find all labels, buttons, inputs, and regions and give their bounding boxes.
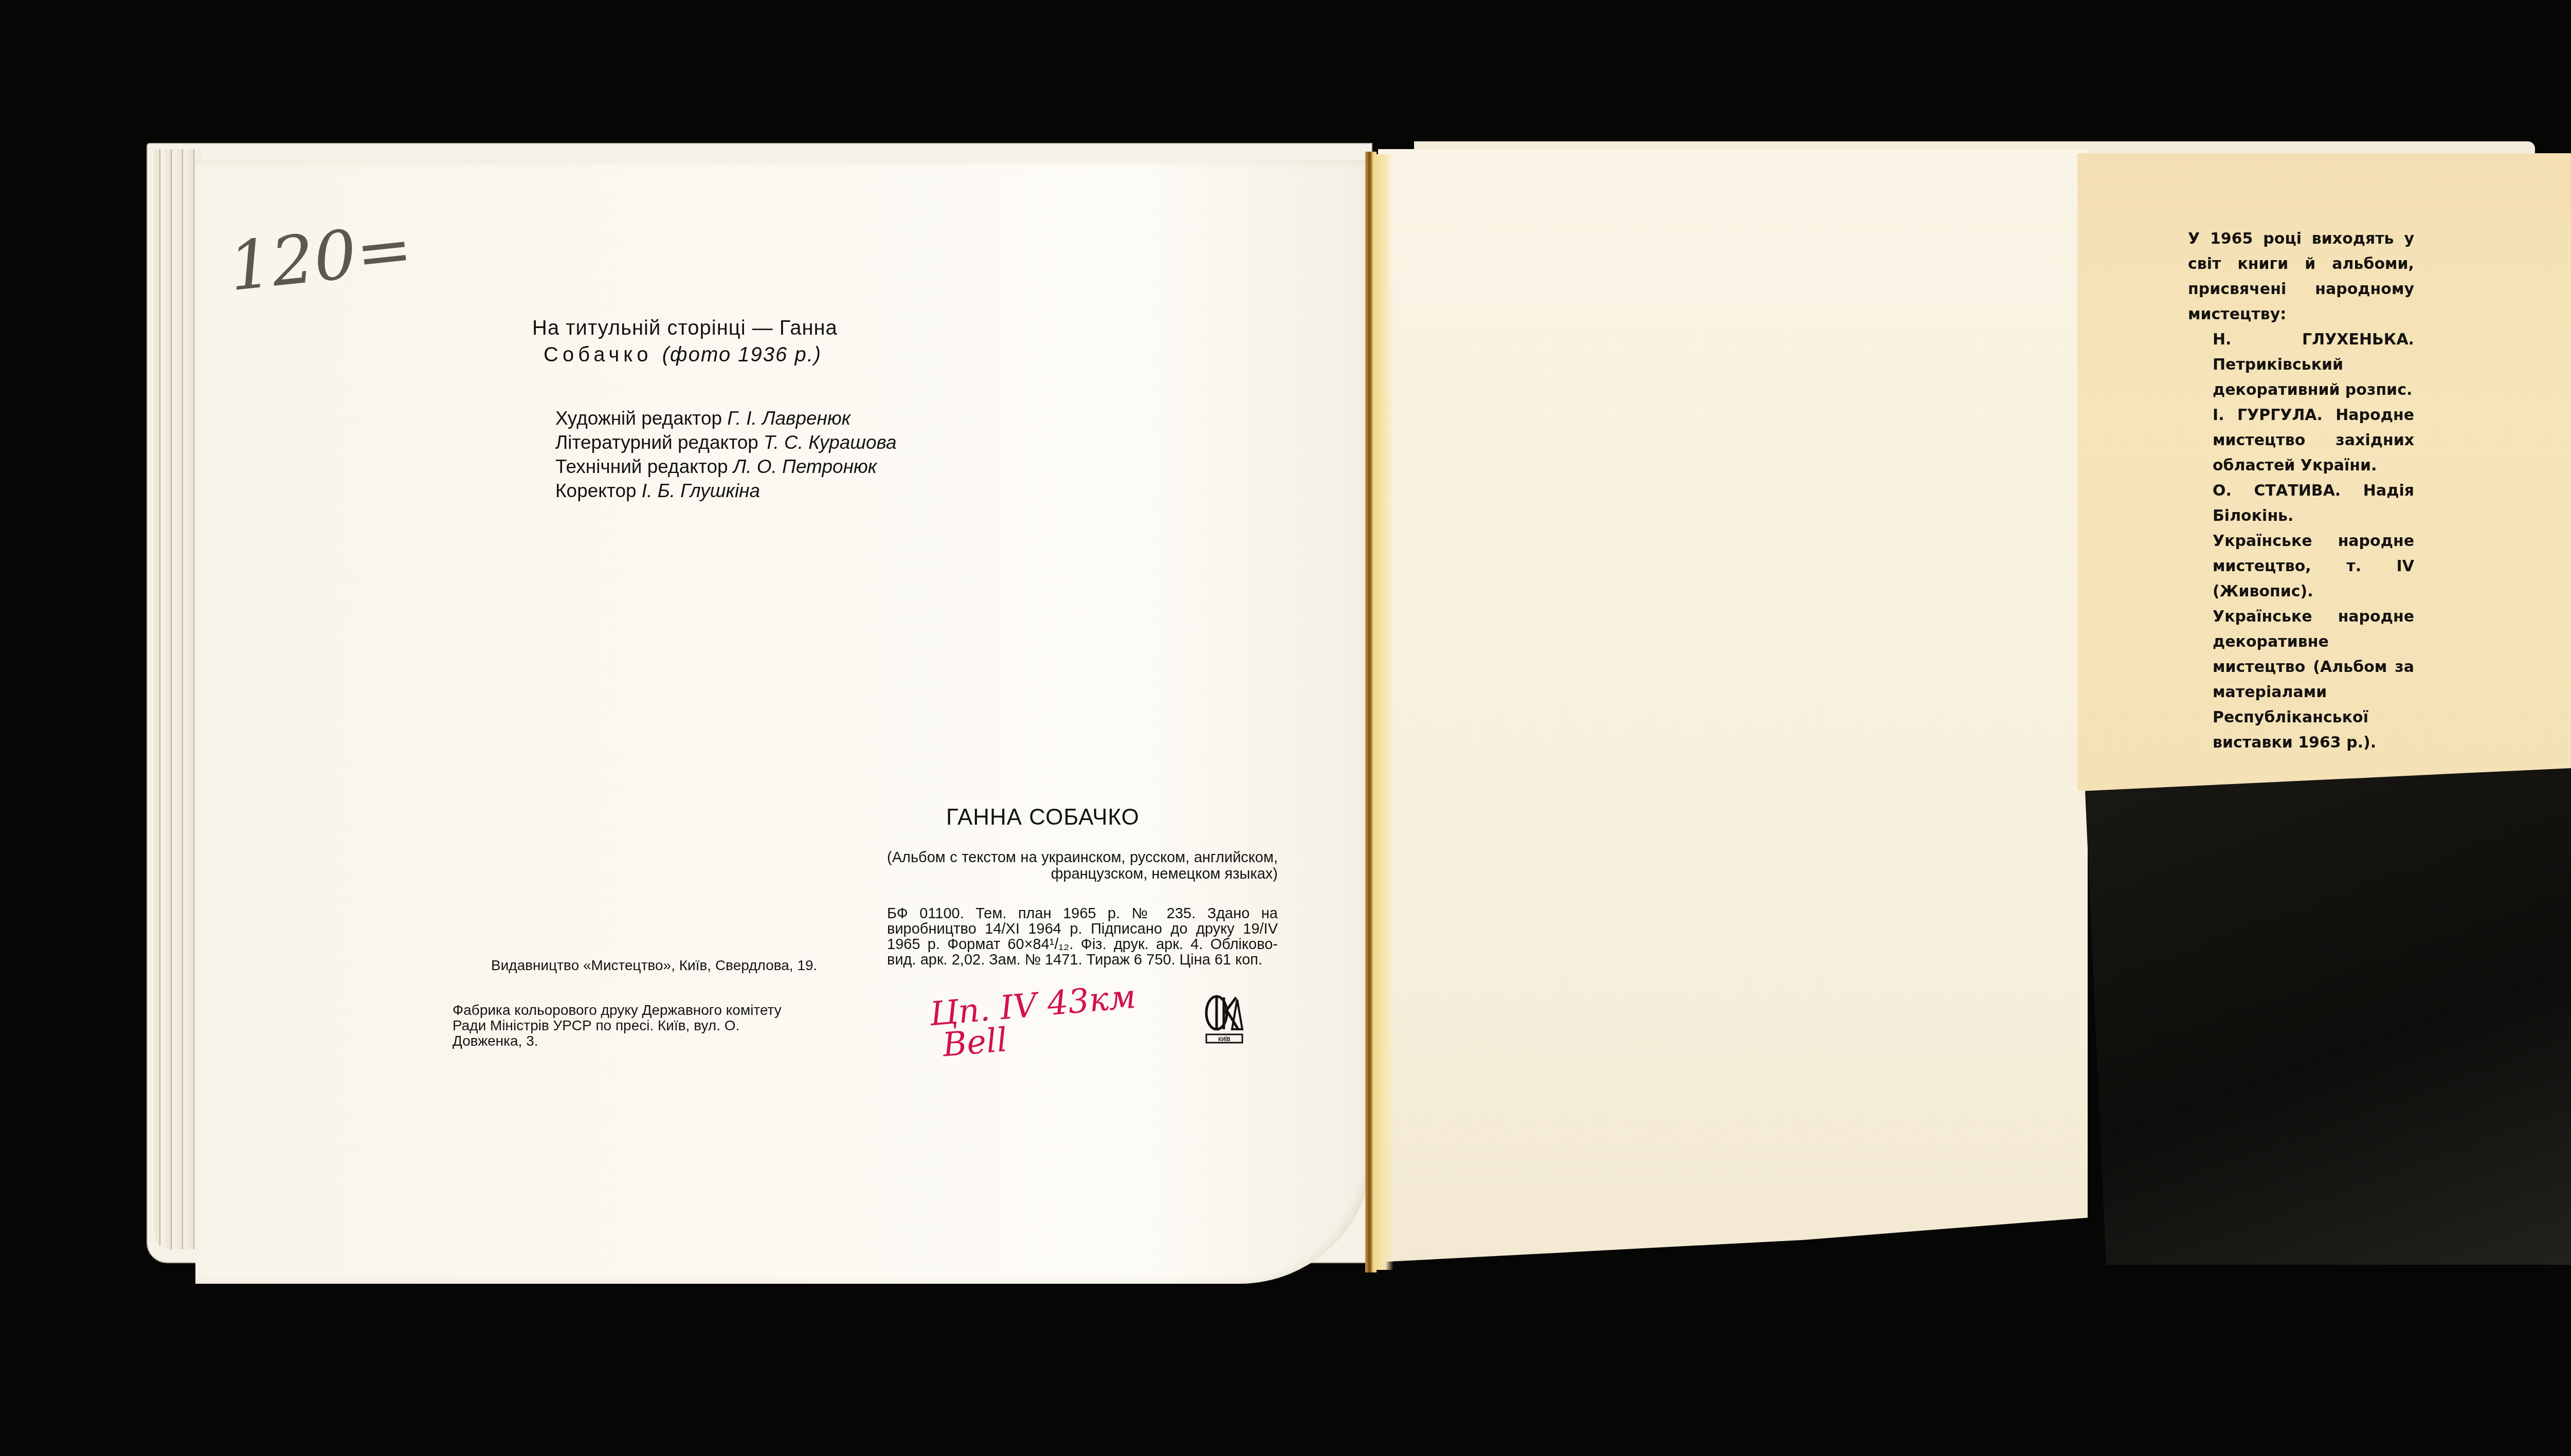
announcement-entry: Українське народне декоративне мистецтво… <box>2188 604 2414 755</box>
credit-role: Технічний редактор <box>555 456 728 477</box>
flap-black-section <box>2085 766 2571 1265</box>
cover-note-line1: На титульній сторінці — Ганна <box>532 315 838 341</box>
page-edges <box>154 149 201 1249</box>
cover-note-photo: (фото 1936 р.) <box>662 343 822 366</box>
credit-name: Т. С. Курашова <box>764 432 897 453</box>
credit-row: Художній редактор Г. І. Лавренюк <box>555 406 897 430</box>
imprint-details: БФ 01100. Тем. план 1965 р. № 235. Здано… <box>887 906 1278 968</box>
credit-role: Коректор <box>555 480 637 501</box>
flap-announcement: У 1965 році виходять у світ книги й альб… <box>2188 226 2414 755</box>
credit-name: Л. О. Петронюк <box>733 456 877 477</box>
announcement-intro: У 1965 році виходять у світ книги й альб… <box>2188 226 2414 327</box>
credit-row: Коректор І. Б. Глушкіна <box>555 479 897 503</box>
publisher-address: Видавництво «Мистецтво», Київ, Свердлова… <box>491 957 817 974</box>
book-title: ГАННА СОБАЧКО <box>946 805 1139 830</box>
announcement-entry-text: О. СТАТИВА. Надія Білокінь. <box>2213 478 2414 529</box>
announcement-entry-text: І. ГУРГУЛА. Народне мистецтво західних о… <box>2213 403 2414 478</box>
credit-row: Технічний редактор Л. О. Петронюк <box>555 454 897 479</box>
credit-role: Художній редактор <box>555 408 722 429</box>
svg-text:КИЇВ: КИЇВ <box>1218 1036 1230 1043</box>
announcement-entry: О. СТАТИВА. Надія Білокінь. <box>2188 478 2414 529</box>
book-subtitle: (Альбом с текстом на украинском, русском… <box>887 849 1278 882</box>
spine-tape <box>1373 154 1393 1270</box>
credit-row: Літературний редактор Т. С. Курашова <box>555 430 897 454</box>
credit-role: Літературний редактор <box>555 432 758 453</box>
announcement-entry: І. ГУРГУЛА. Народне мистецтво західних о… <box>2188 403 2414 478</box>
credit-name: І. Б. Глушкіна <box>642 480 760 501</box>
cover-note: На титульній сторінці — Ганна Собачко (ф… <box>532 315 838 368</box>
printing-factory: Фабрика кольорового друку Державного ком… <box>452 1003 782 1049</box>
cover-note-line2: Собачко (фото 1936 р.) <box>532 341 838 368</box>
printer-logo-icon: КИЇВ <box>1203 992 1244 1049</box>
announcement-entry: Українське народне мистецтво, т. IV (Жив… <box>2188 529 2414 604</box>
credit-name: Г. І. Лавренюк <box>727 408 850 429</box>
announcement-entry-text: Українське народне декоративне мистецтво… <box>2213 604 2414 755</box>
announcement-entry: Н. ГЛУХЕНЬКА. Петриківський декоративний… <box>2188 327 2414 403</box>
announcement-entry-text: Українське народне мистецтво, т. IV (Жив… <box>2213 529 2414 604</box>
credits-list: Художній редактор Г. І. Лавренюк Літерат… <box>555 406 897 503</box>
cover-note-name: Собачко <box>544 343 653 366</box>
right-page <box>1378 149 2088 1262</box>
announcement-entry-text: Н. ГЛУХЕНЬКА. Петриківський декоративний… <box>2213 327 2414 403</box>
